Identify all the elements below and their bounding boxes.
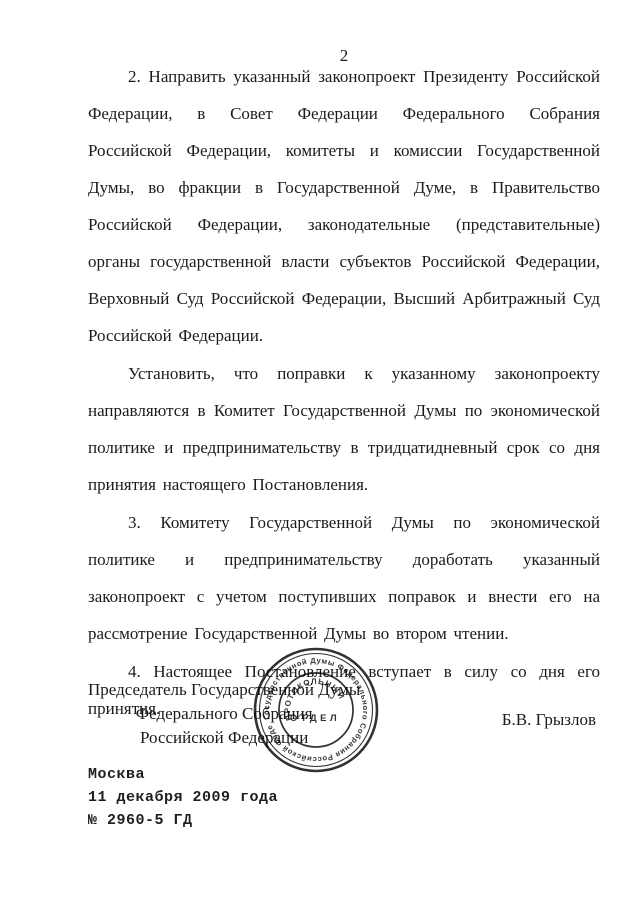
paragraph-item-2: 2. Направить указанный законопроект През…: [88, 58, 600, 354]
footer-block: Москва 11 декабря 2009 года № 2960-5 ГД: [88, 763, 278, 832]
round-stamp-icon: Государственной Думы Федерального Собран…: [250, 644, 382, 776]
stamp-center-text: ОТДЕЛ: [290, 713, 340, 724]
paragraph-item-3: 3. Комитету Государственной Думы по экон…: [88, 504, 600, 652]
paragraph-amendments: Установить, что поправки к указанному за…: [88, 355, 600, 503]
document-body: 2. Направить указанный законопроект През…: [88, 58, 600, 728]
footer-doc-number: № 2960-5 ГД: [88, 809, 278, 832]
footer-city: Москва: [88, 763, 278, 786]
signature-name: Б.В. Грызлов: [502, 708, 596, 732]
footer-date: 11 декабря 2009 года: [88, 786, 278, 809]
stamp-middle-ring: [260, 654, 373, 767]
stamp-outer-ring: [255, 649, 377, 771]
stamp-ring-text: Государственной Думы Федерального Собран…: [250, 644, 382, 776]
document-page: 2 2. Направить указанный законопроект Пр…: [0, 0, 640, 900]
